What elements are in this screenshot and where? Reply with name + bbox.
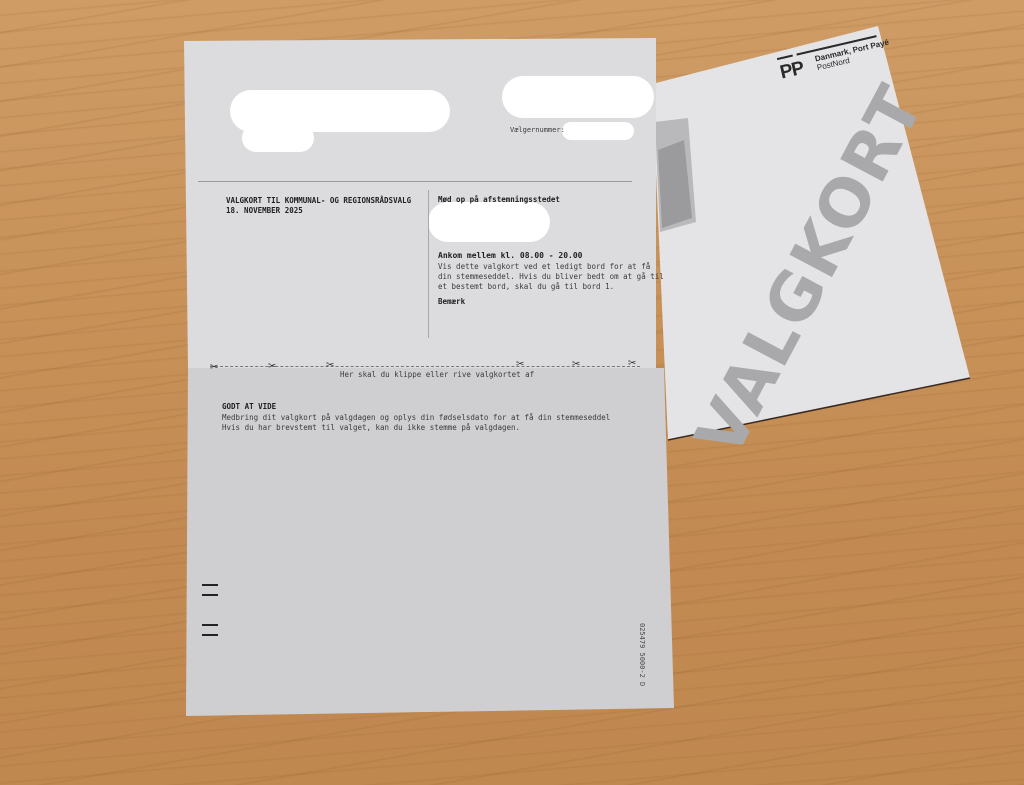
redacted-polling-place <box>428 202 550 242</box>
polling-place-heading: Mød op på afstemningsstedet <box>438 195 560 205</box>
scissors-icon: ✂ <box>572 359 580 370</box>
scissors-icon: ✂ <box>628 358 636 369</box>
cut-instruction: Her skal du klippe eller rive valgkortet… <box>340 370 534 380</box>
election-date: 18. NOVEMBER 2025 <box>226 206 303 216</box>
document-code: 025479 5000-2 D <box>638 623 646 686</box>
opening-hours: Ankom mellem kl. 08.00 - 20.00 <box>438 251 583 261</box>
column-divider <box>428 190 429 338</box>
scan-mark <box>202 624 218 626</box>
instructions-line-1: Vis dette valgkort ved et ledigt bord fo… <box>438 262 650 272</box>
scan-mark <box>202 634 218 636</box>
instructions-line-2: din stemmeseddel. Hvis du bliver bedt om… <box>438 272 664 282</box>
voting-card-letter: Vælgernummer: VALGKORT TIL KOMMUNAL- OG … <box>184 38 674 718</box>
redacted-address <box>502 76 654 118</box>
voter-number-label: Vælgernummer: <box>510 125 565 135</box>
info-line-2: Hvis du har brevstemt til valget, kan du… <box>222 423 520 433</box>
note-heading: Bemærk <box>438 297 465 307</box>
info-line-1: Medbring dit valgkort på valgdagen og op… <box>222 413 610 423</box>
card-title: VALGKORT TIL KOMMUNAL- OG REGIONSRÅDSVAL… <box>226 196 411 206</box>
scissors-icon: ✂ <box>210 362 218 373</box>
redacted-name-extra <box>242 124 314 152</box>
info-heading: GODT AT VIDE <box>222 402 276 412</box>
scan-mark <box>202 584 218 586</box>
instructions-line-3: et bestemt bord, skal du gå til bord 1. <box>438 282 614 292</box>
scissors-icon: ✂ <box>326 360 334 371</box>
redacted-voter-number <box>562 122 634 140</box>
divider-line <box>198 181 632 182</box>
scissors-icon: ✂ <box>268 361 276 372</box>
scissors-icon: ✂ <box>516 359 524 370</box>
scan-mark <box>202 594 218 596</box>
